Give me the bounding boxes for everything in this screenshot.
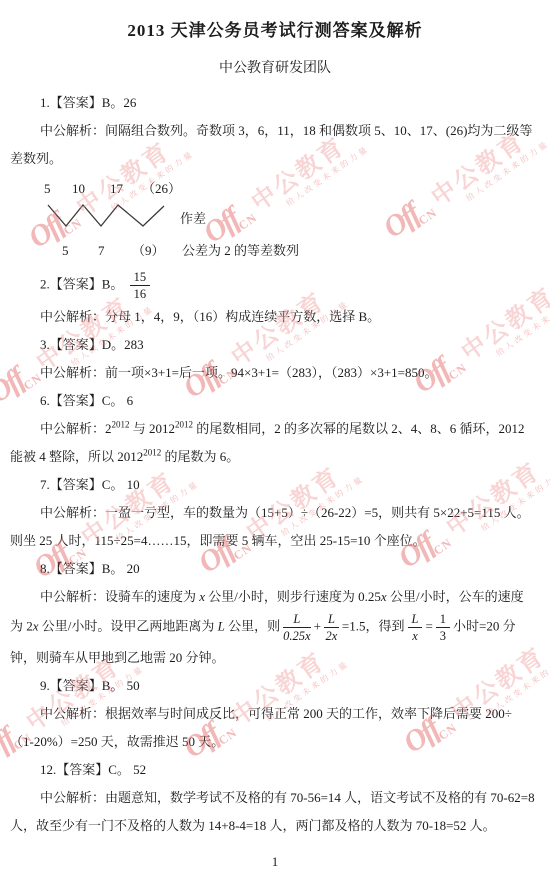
superscript: 2012 [112,419,130,429]
analysis-line: 中公解析：前一项×3+1=后一项。94×3+1=（283），（283）×3+1=… [10,359,540,387]
diagram-top-number: （26） [142,179,181,199]
diagram-top-number: 17 [110,179,123,199]
superscript: 2012 [143,447,161,457]
analysis-line: 中公解析：分母 1，4，9，（16）构成连续平方数，选择 B。 [10,303,540,331]
answer-line: 6.【答案】C。 6 [10,387,540,415]
analysis-line: 人，故至少有一门不及格的人数为 14+8-4=18 人，两门都及格的人数为 70… [10,812,540,840]
fraction: L0.25x [283,611,310,645]
math-variable: x [33,618,39,633]
zigzag-difference-line [46,201,172,229]
math-variable: x [199,589,205,604]
analysis-line: 能被 4 整除，所以 20122012 的尾数为 6。 [10,443,540,471]
answer-line: 12.【答案】C。 52 [10,756,540,784]
math-variable: x [381,589,387,604]
question-item: 1.【答案】B。26中公解析：间隔组合数列。奇数项 3，6，11，18 和偶数项… [10,89,540,173]
question-item: 6.【答案】C。 6中公解析：22012 与 20122012 的尾数相同，2 … [10,387,540,471]
answer-line: 7.【答案】C。 10 [10,471,540,499]
fraction: Lx [408,611,423,645]
difference-diagram: 5 10 17 （26） 作差 5 7 （9） 公差为 2 的等差数列 [10,173,540,269]
diagram-bottom-number: 5 [62,241,69,261]
fraction: 13 [436,611,450,645]
answer-line: 8.【答案】B。 20 [10,555,540,583]
page-number: 1 [10,854,540,870]
page-title: 2013 天津公务员考试行测答案及解析 [10,16,540,41]
analysis-line: 中公解析：间隔组合数列。奇数项 3，6，11，18 和偶数项 5、10、17、(… [10,117,540,145]
analysis-line: 为 2x 公里/小时。设甲乙两地距离为 L 公里，则L0.25x+L2x=1.5… [10,611,540,645]
document-page: 2013 天津公务员考试行测答案及解析 中公教育研发团队 1.【答案】B。26中… [0,0,550,894]
page-subtitle: 中公教育研发团队 [10,57,540,77]
answer-line: 3.【答案】D。283 [10,331,540,359]
analysis-line: 中公解析：设骑车的速度为 x 公里/小时，则步行速度为 0.25x 公里/小时，… [10,583,540,611]
diagram-top-number: 5 [44,179,51,199]
analysis-line: 则坐 25 人时，115÷25=4……15，即需要 5 辆车，空出 25-15=… [10,527,540,555]
diagram-bottom-note: 公差为 2 的等差数列 [182,241,299,261]
question-item: 3.【答案】D。283中公解析：前一项×3+1=后一项。94×3+1=（283）… [10,331,540,387]
question-item: 9.【答案】B。 50中公解析：根据效率与时间成反比，可得正常 200 天的工作… [10,672,540,756]
analysis-line: 中公解析：22012 与 20122012 的尾数相同，2 的多次幂的尾数以 2… [10,415,540,443]
answer-line: 2.【答案】B。 1516 [10,269,540,303]
analysis-line: 中公解析：一盈一亏型，车的数量为（15+5）÷（26-22）=5，则共有 5×2… [10,499,540,527]
analysis-line: 钟，则骑车从甲地到乙地需 20 分钟。 [10,644,540,672]
diagram-bottom-number: 7 [98,241,105,261]
document-content: 2013 天津公务员考试行测答案及解析 中公教育研发团队 1.【答案】B。26中… [0,16,550,870]
analysis-line: 中公解析：由题意知，数学考试不及格的有 70-56=14 人，语文考试不及格的有… [10,784,540,812]
superscript: 2012 [175,419,193,429]
math-variable: L [218,618,225,633]
question-item: 12.【答案】C。 52中公解析：由题意知，数学考试不及格的有 70-56=14… [10,756,540,840]
diagram-process-label: 作差 [180,209,206,229]
answer-line: 9.【答案】B。 50 [10,672,540,700]
analysis-line: 中公解析：根据效率与时间成反比，可得正常 200 天的工作，效率下降后需要 20… [10,700,540,728]
diagram-top-number: 10 [72,179,85,199]
fraction: L2x [324,611,339,645]
diagram-bottom-number: （9） [132,241,165,261]
answer-line: 1.【答案】B。26 [10,89,540,117]
analysis-line: （1-20%）=250 天，故需推迟 50 天。 [10,728,540,756]
analysis-line: 差数列。 [10,145,540,173]
question-item: 8.【答案】B。 20中公解析：设骑车的速度为 x 公里/小时，则步行速度为 0… [10,555,540,673]
question-item: 7.【答案】C。 10中公解析：一盈一亏型，车的数量为（15+5）÷（26-22… [10,471,540,555]
fraction: 1516 [130,269,151,303]
question-item: 2.【答案】B。 1516中公解析：分母 1，4，9，（16）构成连续平方数，选… [10,269,540,331]
